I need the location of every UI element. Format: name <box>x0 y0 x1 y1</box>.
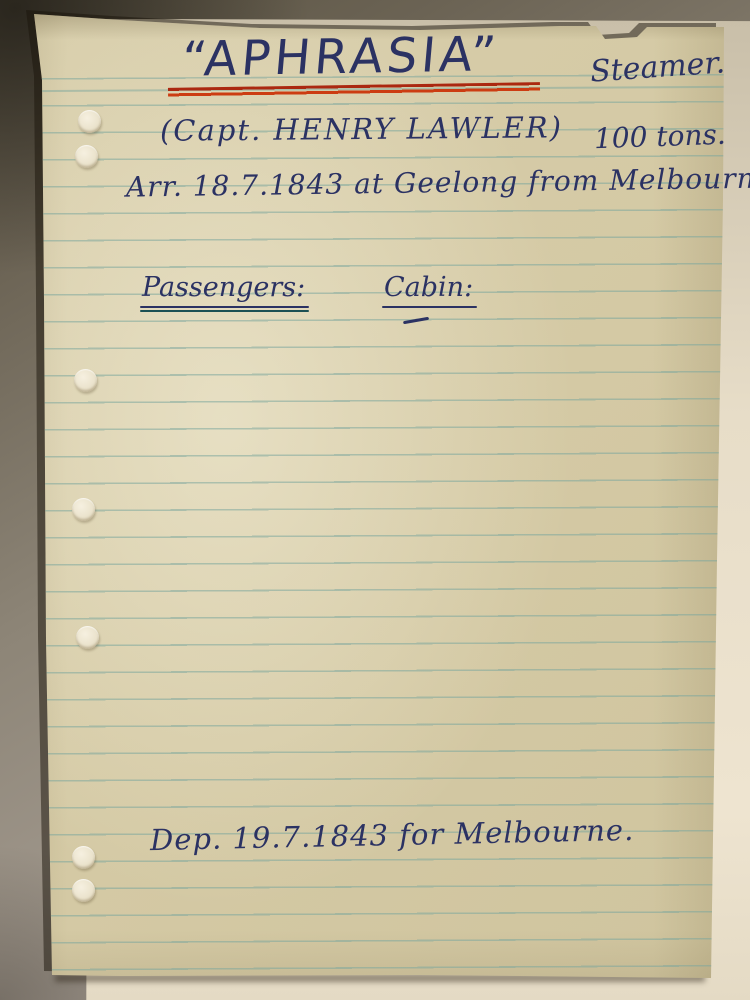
passengers-underline <box>140 306 309 308</box>
cabin-underline <box>382 306 477 308</box>
passengers-underline-second <box>140 310 309 312</box>
punch-hole <box>72 879 95 902</box>
punch-hole <box>74 369 97 392</box>
punch-hole <box>72 846 95 869</box>
photo-background: “APHRASIA” Steamer. (Capt. HENRY LAWLER)… <box>0 0 750 1000</box>
cabin-heading: Cabin: <box>384 272 473 303</box>
punch-hole <box>76 626 99 649</box>
cabin-heading-label: Cabin: <box>384 272 473 303</box>
ship-name-title: “APHRASIA” <box>180 30 502 84</box>
punch-hole <box>75 145 98 168</box>
captain-line: (Capt. HENRY LAWLER) <box>160 110 563 148</box>
passengers-heading-label: Passengers: <box>142 272 305 303</box>
punch-hole <box>72 498 95 521</box>
punch-hole <box>78 110 101 133</box>
tonnage-note: 100 tons. <box>593 118 726 156</box>
passengers-heading: Passengers: <box>142 272 305 303</box>
